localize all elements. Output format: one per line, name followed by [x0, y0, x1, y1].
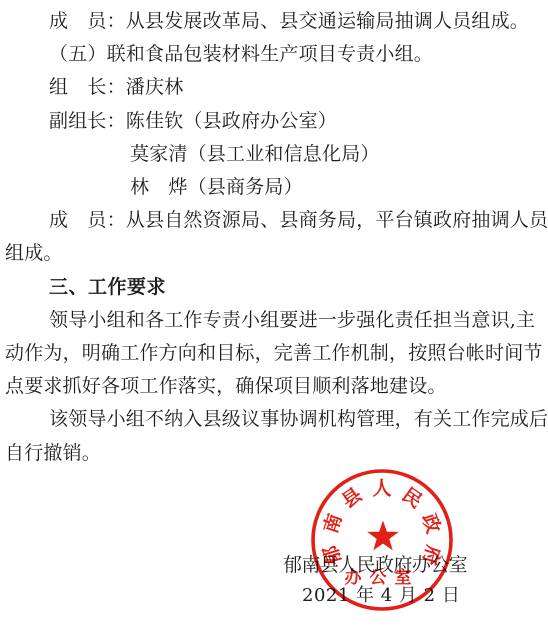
document-line: 成 员：从县自然资源局、县商务局，平台镇政府抽调人员: [0, 204, 548, 237]
seal-arc-char: 南: [320, 511, 347, 536]
issuer-signature: 郁南县人民政府办公室: [283, 550, 467, 577]
issue-date: 2021 年 4 月 2 日: [302, 581, 460, 607]
seal-arc-char: 县: [338, 484, 366, 513]
document-line: 副组长：陈佳钦（县政府办公室）: [0, 105, 548, 138]
document-line: 莫家清（县工业和信息化局）: [0, 138, 548, 171]
document-line: 林 烨（县商务局）: [0, 171, 548, 204]
document-line: （五）联和食品包装材料生产项目专责小组。: [0, 38, 548, 71]
document-line: 组成。: [0, 237, 548, 270]
seal-arc-char: 民: [398, 484, 426, 513]
document-line: 领导小组和各工作专责小组要进一步强化责任担当意识,主: [0, 304, 548, 337]
star-icon: [367, 521, 398, 551]
section-heading: 三、工作要求: [0, 271, 548, 304]
document-page: 成 员：从县发展改革局、县交通运输局抽调人员组成。（五）联和食品包装材料生产项目…: [0, 0, 548, 638]
document-line: 动作为，明确工作方向和目标，完善工作机制，按照台帐时间节: [0, 337, 548, 370]
document-line: 组 长：潘庆林: [0, 71, 548, 104]
seal-arc-char: 人: [372, 478, 391, 500]
document-line: 自行撤销。: [0, 437, 548, 470]
document-line: 点要求抓好各项工作落实，确保项目顺利落地建设。: [0, 370, 548, 403]
document-line: 该领导小组不纳入县级议事协调机构管理，有关工作完成后: [0, 403, 548, 436]
document-body: 成 员：从县发展改革局、县交通运输局抽调人员组成。（五）联和食品包装材料生产项目…: [0, 0, 548, 470]
seal-arc-char: 政: [417, 511, 445, 536]
document-line: 成 员：从县发展改革局、县交通运输局抽调人员组成。: [0, 5, 548, 38]
